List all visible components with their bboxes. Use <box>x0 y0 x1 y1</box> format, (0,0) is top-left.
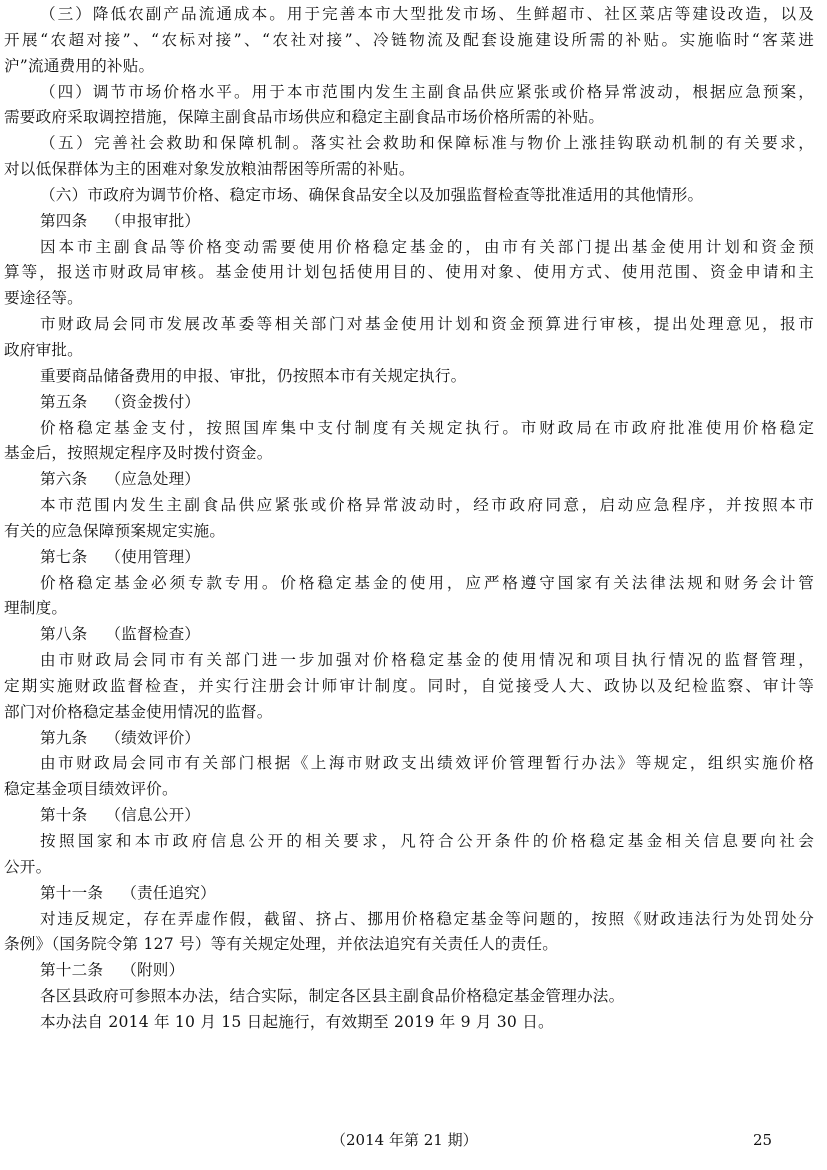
article-number: 第八条 <box>40 625 87 643</box>
text-line: 对以低保群体为主的困难对象发放粮油帮困等所需的补贴。 <box>4 157 814 183</box>
article-heading: 第六条（应急处理） <box>4 467 814 493</box>
page-number: 25 <box>753 1128 772 1152</box>
text-line: 本办法自 2014 年 10 月 15 日起施行，有效期至 2019 年 9 月… <box>4 1010 814 1036</box>
text-line: 重要商品储备费用的申报、审批，仍按照本市有关规定执行。 <box>4 364 814 390</box>
article-heading: 第四条（申报审批） <box>4 209 814 235</box>
page-footer: （2014 年第 21 期） 25 <box>0 1128 827 1152</box>
article-title: （申报审批） <box>105 212 200 230</box>
document-body: （三）降低农副产品流通成本。用于完善本市大型批发市场、生鲜超市、社区菜店等建设改… <box>4 2 814 1036</box>
article-title: （监督检查） <box>105 625 200 643</box>
article-title: （附则） <box>121 961 184 979</box>
article-title: （绩效评价） <box>105 729 200 747</box>
text-line: 市财政局会同市发展改革委等相关部门对基金使用计划和资金预算进行审核，提出处理意见… <box>4 312 814 338</box>
article-number: 第十一条 <box>40 884 103 902</box>
text-line: 本市范围内发生主副食品供应紧张或价格异常波动时，经市政府同意，启动应急程序，并按… <box>4 493 814 519</box>
article-title: （使用管理） <box>105 548 200 566</box>
text-line: 定期实施财政监督检查，并实行注册会计师审计制度。同时，自觉接受人大、政协以及纪检… <box>4 674 814 700</box>
article-heading: 第十二条（附则） <box>4 958 814 984</box>
issue-label: （2014 年第 21 期） <box>331 1128 478 1152</box>
text-line: （三）降低农副产品流通成本。用于完善本市大型批发市场、生鲜超市、社区菜店等建设改… <box>4 2 814 28</box>
article-heading: 第七条（使用管理） <box>4 545 814 571</box>
text-line: 算等，报送市财政局审核。基金使用计划包括使用目的、使用对象、使用方式、使用范围、… <box>4 260 814 286</box>
article-number: 第十二条 <box>40 961 103 979</box>
text-line: 稳定基金项目绩效评价。 <box>4 777 814 803</box>
article-number: 第四条 <box>40 212 87 230</box>
text-line: 各区县政府可参照本办法，结合实际，制定各区县主副食品价格稳定基金管理办法。 <box>4 984 814 1010</box>
text-line: （五）完善社会救助和保障机制。落实社会救助和保障标准与物价上涨挂钩联动机制的有关… <box>4 131 814 157</box>
text-line: （六）市政府为调节价格、稳定市场、确保食品安全以及加强监督检查等批准适用的其他情… <box>4 183 814 209</box>
text-line: 沪”流通费用的补贴。 <box>4 54 814 80</box>
text-line: 因本市主副食品等价格变动需要使用价格稳定基金的，由市有关部门提出基金使用计划和资… <box>4 235 814 261</box>
text-line: 开展“农超对接”、“农标对接”、“农社对接”、冷链物流及配套设施建设所需的补贴。… <box>4 28 814 54</box>
article-title: （责任追究） <box>121 884 216 902</box>
text-line: 有关的应急保障预案规定实施。 <box>4 519 814 545</box>
article-number: 第九条 <box>40 729 87 747</box>
text-line: 部门对价格稳定基金使用情况的监督。 <box>4 700 814 726</box>
article-number: 第六条 <box>40 470 87 488</box>
text-line: 价格稳定基金必须专款专用。价格稳定基金的使用，应严格遵守国家有关法律法规和财务会… <box>4 571 814 597</box>
article-title: （信息公开） <box>105 806 200 824</box>
article-heading: 第九条（绩效评价） <box>4 726 814 752</box>
article-title: （资金拨付） <box>105 393 200 411</box>
text-line: 按照国家和本市政府信息公开的相关要求，凡符合公开条件的价格稳定基金相关信息要向社… <box>4 829 814 855</box>
text-line: 价格稳定基金支付，按照国库集中支付制度有关规定执行。市财政局在市政府批准使用价格… <box>4 416 814 442</box>
text-line: 由市财政局会同市有关部门进一步加强对价格稳定基金的使用情况和项目执行情况的监督管… <box>4 648 814 674</box>
text-line: 公开。 <box>4 855 814 881</box>
text-line: 对违反规定，存在弄虚作假，截留、挤占、挪用价格稳定基金等问题的，按照《财政违法行… <box>4 907 814 933</box>
text-line: 由市财政局会同市有关部门根据《上海市财政支出绩效评价管理暂行办法》等规定，组织实… <box>4 751 814 777</box>
text-line: 条例》（国务院令第 127 号）等有关规定处理，并依法追究有关责任人的责任。 <box>4 932 814 958</box>
article-heading: 第五条（资金拨付） <box>4 390 814 416</box>
article-heading: 第十条（信息公开） <box>4 803 814 829</box>
text-line: 理制度。 <box>4 596 814 622</box>
article-number: 第五条 <box>40 393 87 411</box>
article-number: 第十条 <box>40 806 87 824</box>
text-line: 基金后，按照规定程序及时拨付资金。 <box>4 441 814 467</box>
text-line: （四）调节市场价格水平。用于本市范围内发生主副食品供应紧张或价格异常波动，根据应… <box>4 80 814 106</box>
article-heading: 第八条（监督检查） <box>4 622 814 648</box>
article-title: （应急处理） <box>105 470 200 488</box>
text-line: 政府审批。 <box>4 338 814 364</box>
article-heading: 第十一条（责任追究） <box>4 881 814 907</box>
text-line: 要途径等。 <box>4 286 814 312</box>
text-line: 需要政府采取调控措施，保障主副食品市场供应和稳定主副食品市场价格所需的补贴。 <box>4 105 814 131</box>
article-number: 第七条 <box>40 548 87 566</box>
